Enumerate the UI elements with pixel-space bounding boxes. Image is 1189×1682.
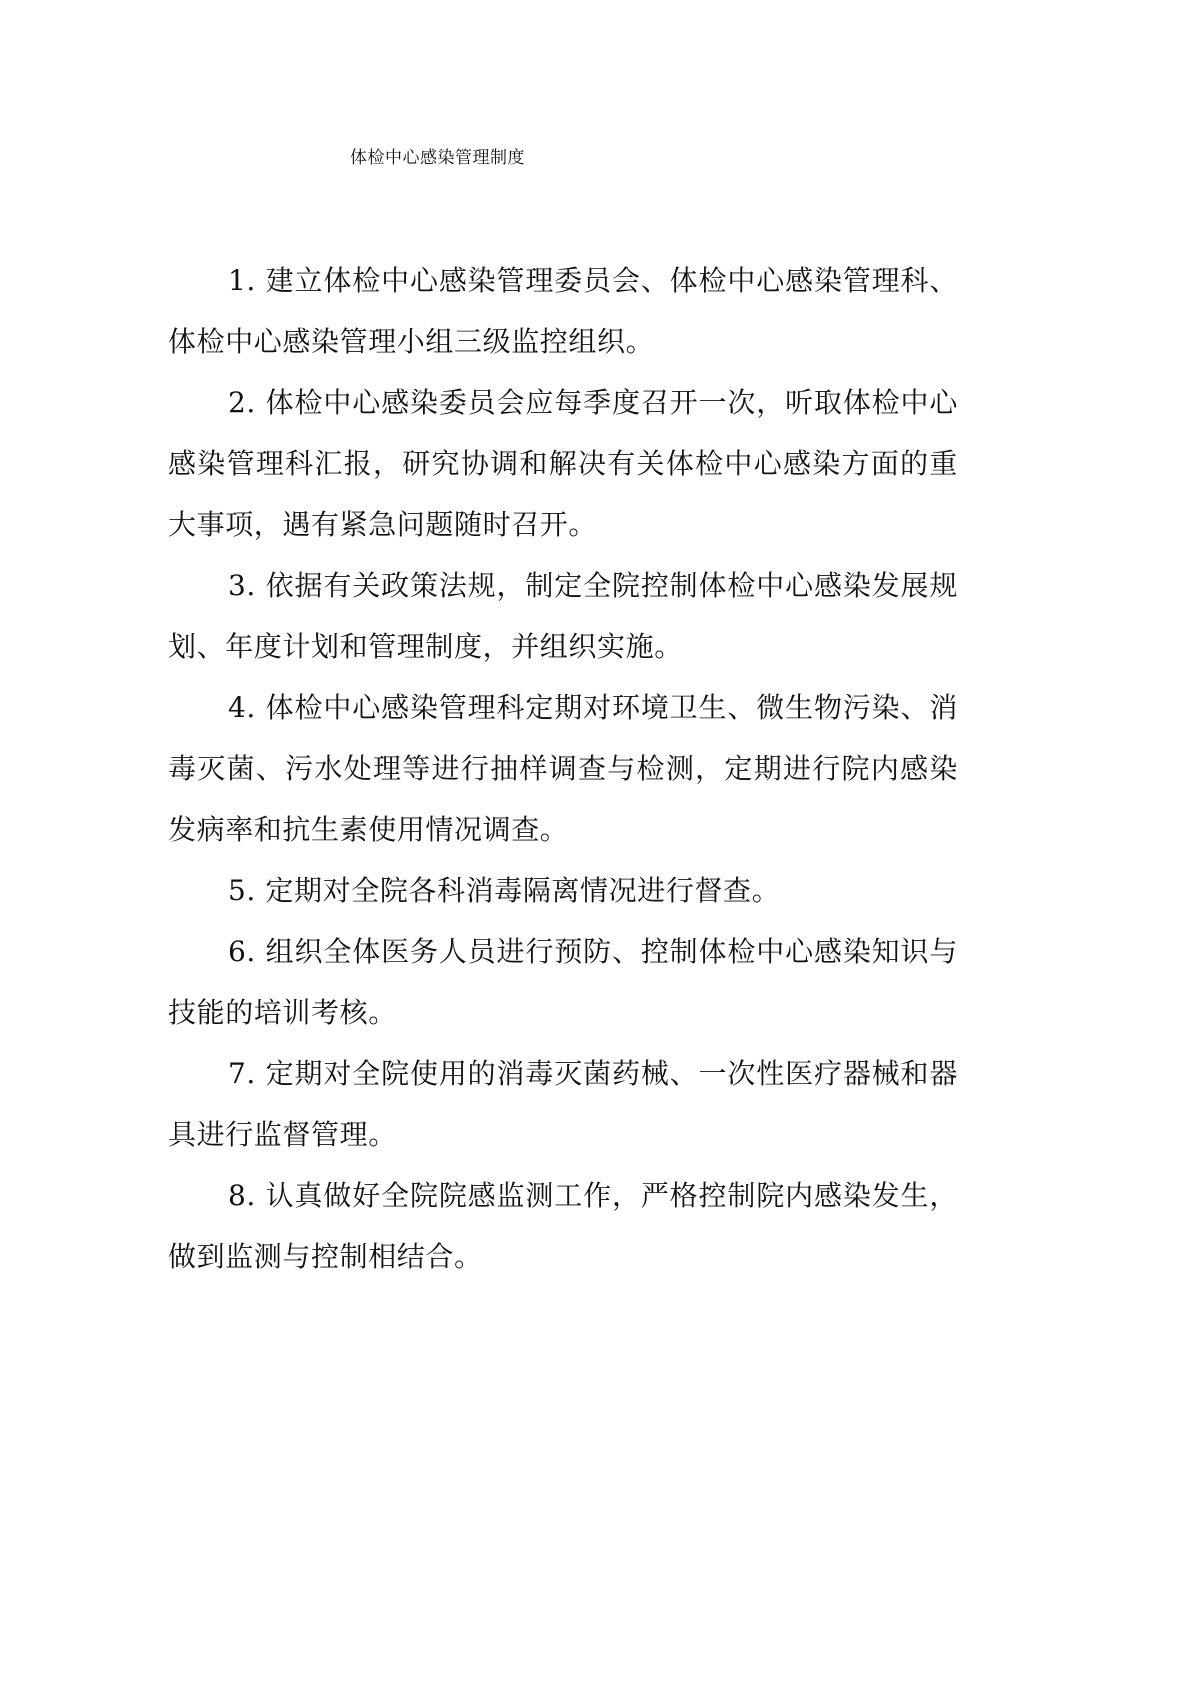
document-page: 体检中心感染管理制度 1. 建立体检中心感染管理委员会、体检中心感染管理科、体检… xyxy=(0,0,1189,1682)
paragraph-item-7: 7. 定期对全院使用的消毒灭菌药械、一次性医疗器械和器具进行监督管理。 xyxy=(168,1043,958,1165)
paragraph-item-3: 3. 依据有关政策法规，制定全院控制体检中心感染发展规划、年度计划和管理制度，并… xyxy=(168,555,958,677)
paragraph-item-6: 6. 组织全体医务人员进行预防、控制体检中心感染知识与技能的培训考核。 xyxy=(168,921,958,1043)
document-body: 1. 建立体检中心感染管理委员会、体检中心感染管理科、体检中心感染管理小组三级监… xyxy=(168,250,958,1287)
paragraph-item-1: 1. 建立体检中心感染管理委员会、体检中心感染管理科、体检中心感染管理小组三级监… xyxy=(168,250,958,372)
paragraph-item-8: 8. 认真做好全院院感监测工作，严格控制院内感染发生，做到监测与控制相结合。 xyxy=(168,1165,958,1287)
paragraph-item-5: 5. 定期对全院各科消毒隔离情况进行督查。 xyxy=(168,860,958,921)
paragraph-item-4: 4. 体检中心感染管理科定期对环境卫生、微生物污染、消毒灭菌、污水处理等进行抽样… xyxy=(168,677,958,860)
paragraph-item-2: 2. 体检中心感染委员会应每季度召开一次，听取体检中心感染管理科汇报，研究协调和… xyxy=(168,372,958,555)
document-title: 体检中心感染管理制度 xyxy=(350,146,525,170)
